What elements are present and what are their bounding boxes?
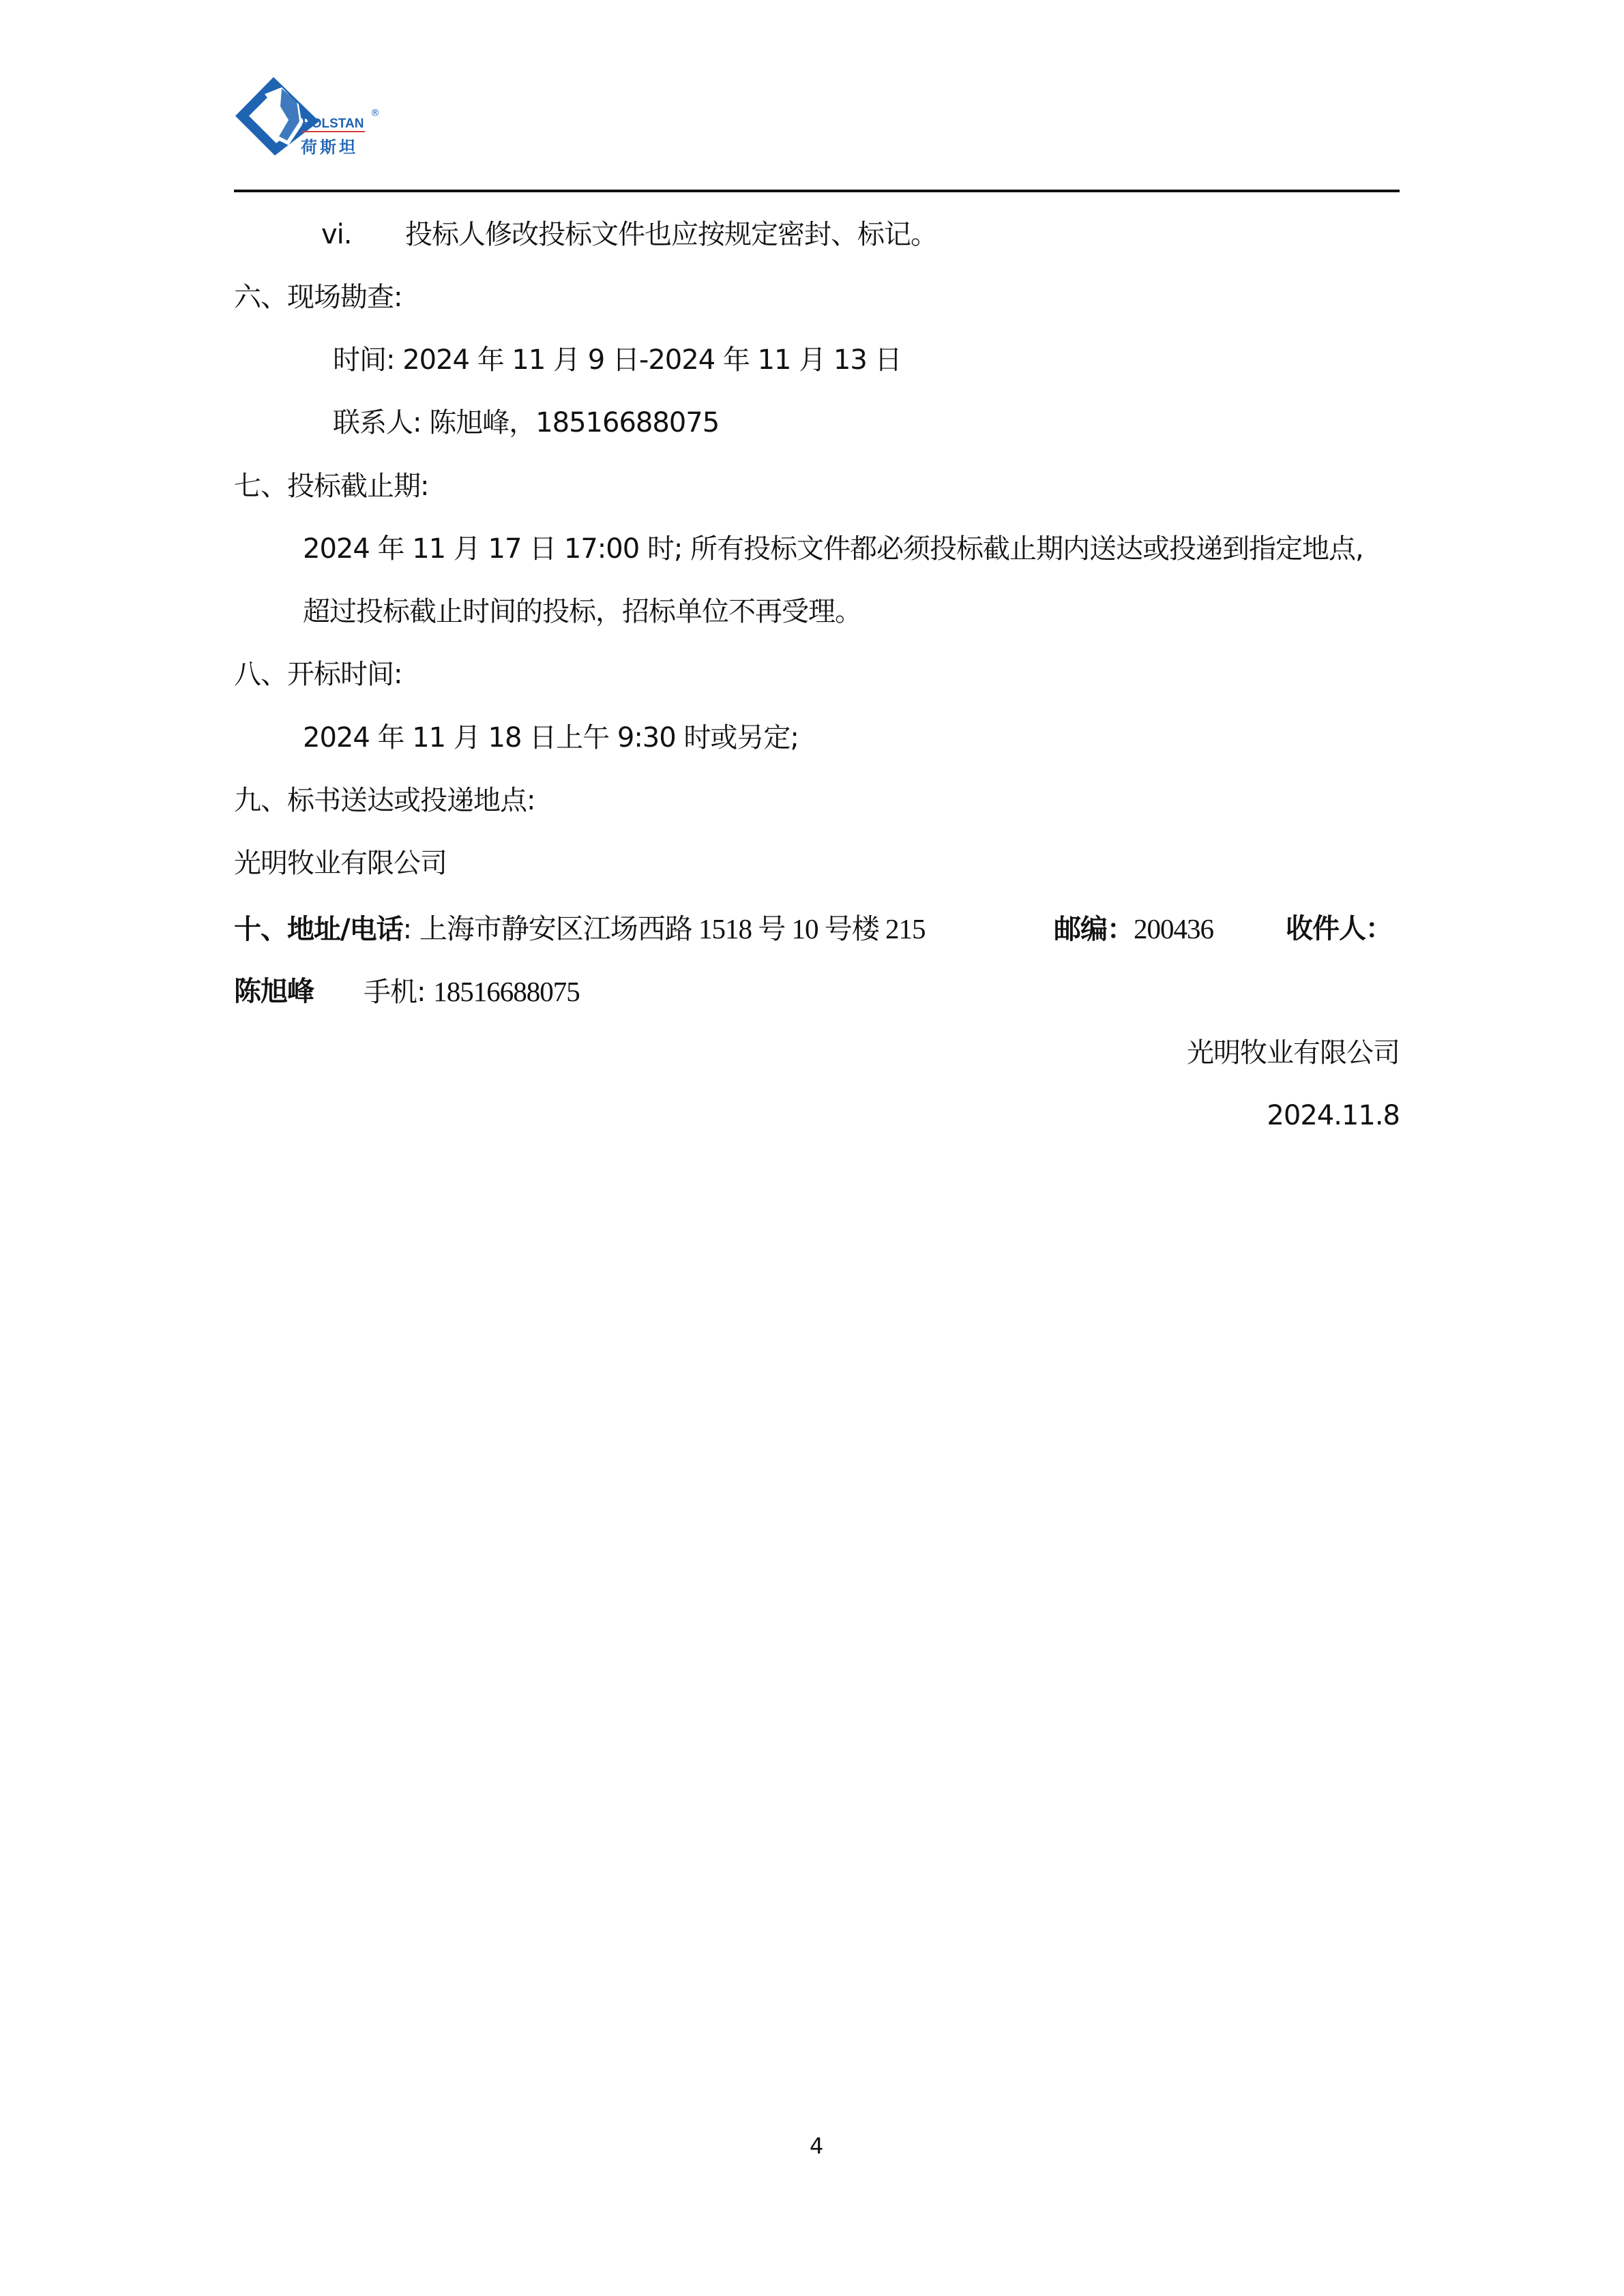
time-value: 2024 年 11 月 9 日-2024 年 11 月 13 日 bbox=[402, 344, 901, 376]
site-visit-contact: 联系人: 陈旭峰，18516688075 bbox=[333, 405, 719, 441]
address-value: 上海市静安区江场西路 1518 号 10 号楼 215 bbox=[419, 913, 926, 944]
list-marker-vi: vi. bbox=[321, 217, 352, 252]
mobile: 手机: 18516688075 bbox=[364, 974, 580, 1010]
delivery-company: 光明牧业有限公司 bbox=[234, 846, 447, 881]
recipient-label: 收件人： bbox=[1286, 911, 1392, 946]
postcode: 邮编：200436 bbox=[1054, 911, 1213, 947]
contact-value: 陈旭峰，18516688075 bbox=[429, 407, 719, 438]
page-number: 4 bbox=[810, 2133, 823, 2159]
postcode-value: 200436 bbox=[1134, 913, 1213, 944]
mobile-value: 18516688075 bbox=[433, 976, 580, 1007]
site-visit-time: 时间: 2024 年 11 月 9 日-2024 年 11 月 13 日 bbox=[333, 342, 902, 378]
deadline-line1: 2024 年 11 月 17 日 17:00 时; 所有投标文件都必须投标截止期… bbox=[303, 531, 1363, 567]
registered-mark: ® bbox=[370, 108, 380, 119]
deadline-line2: 超过投标截止时间的投标，招标单位不再受理。 bbox=[303, 594, 861, 629]
contact-label: 联系人: bbox=[333, 407, 421, 438]
company-logo: HOLSTAN 荷斯坦 ® bbox=[234, 74, 391, 166]
section8-heading: 八、开标时间: bbox=[234, 657, 402, 692]
section10-address-row: 十、地址/电话: 上海市静安区江场西路 1518 号 10 号楼 215 bbox=[234, 911, 926, 947]
postcode-label: 邮编： bbox=[1054, 914, 1134, 945]
section6-heading: 六、现场勘查: bbox=[234, 280, 402, 315]
logo-underline bbox=[302, 131, 365, 132]
recipient-name: 陈旭峰 bbox=[234, 974, 314, 1009]
time-label: 时间: bbox=[333, 344, 394, 376]
section7-heading: 七、投标截止期: bbox=[234, 468, 428, 504]
mobile-label: 手机: bbox=[364, 976, 425, 1008]
section10-heading: 十、地址/电话 bbox=[234, 914, 403, 945]
logo-brand-cn: 荷斯坦 bbox=[301, 134, 358, 158]
opening-time: 2024 年 11 月 18 日上午 9:30 时或另定; bbox=[303, 720, 799, 756]
logo-brand-en: HOLSTAN bbox=[302, 117, 364, 132]
section9-heading: 九、标书送达或投递地点: bbox=[234, 783, 535, 818]
signature-company: 光明牧业有限公司 bbox=[1187, 1035, 1400, 1071]
header-divider bbox=[234, 190, 1400, 192]
colon: : bbox=[403, 914, 411, 945]
signature-date: 2024.11.8 bbox=[1267, 1098, 1400, 1133]
item-vi-text: 投标人修改投标文件也应按规定密封、标记。 bbox=[405, 217, 937, 252]
